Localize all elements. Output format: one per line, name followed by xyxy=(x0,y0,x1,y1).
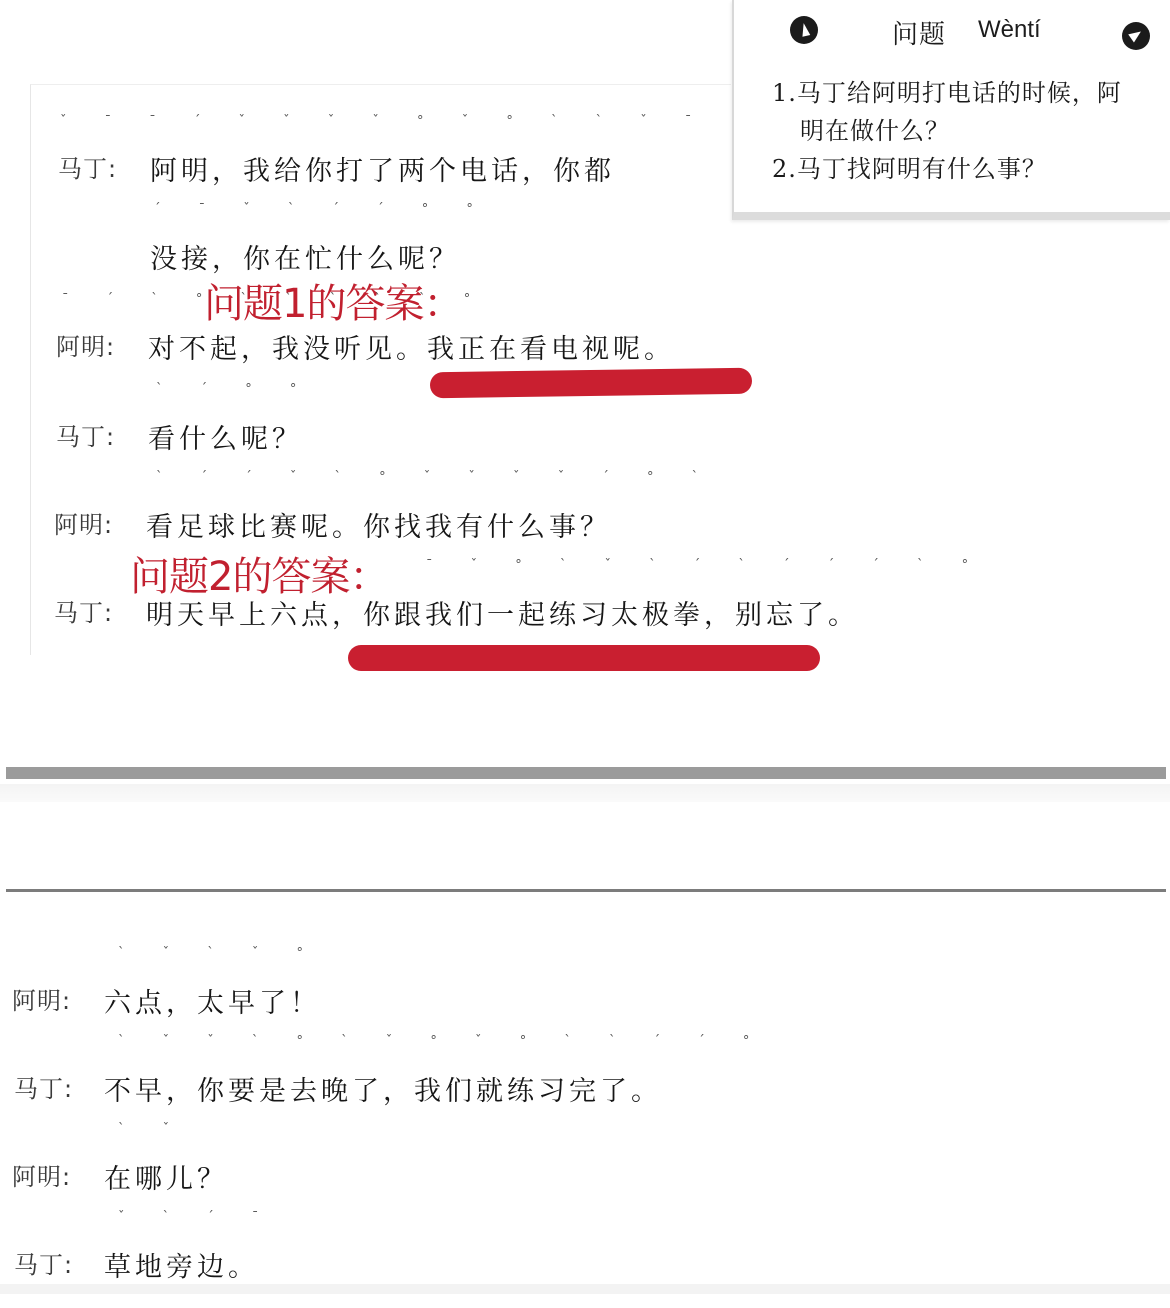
question-number: 1. xyxy=(772,79,797,107)
utterance-text: 看什么呢？ xyxy=(148,417,303,456)
utterance-text: 对不起，我没听见。我正在看电视呢。 xyxy=(148,327,675,366)
page-bleed-through xyxy=(0,784,1170,802)
question-box-title-pinyin: Wèntí xyxy=(978,16,1041,44)
dialogue-line: ˉ ˊ ˋ ° ˋ ˋ ˋ ˋ ˋ ° 阿明: 对不起，我没听见。我正在看电视呢… xyxy=(0,286,1170,376)
answer-2-label: 问题2的答案： xyxy=(130,545,388,602)
utterance-text: 没接，你在忙什么呢？ xyxy=(150,237,460,276)
tone-marks: ˇ ˉ ˉ ˊ ˇ ˇ ˇ ˇ ° ˇ ° ˋ ˋ ˇ ˉ xyxy=(60,114,708,129)
page-separator xyxy=(6,767,1166,779)
speaker-label: 阿明: xyxy=(12,981,71,1016)
speaker-label: 马丁: xyxy=(14,1245,73,1280)
tone-marks: ˋ ˇ ˋ ˇ ° xyxy=(118,946,320,961)
speaker-label: 阿明: xyxy=(56,327,115,362)
page-divider-line xyxy=(6,889,1166,892)
tone-marks: ˋ ˇ ˇ ˋ ° ˋ ˇ ° ˇ ° ˋ ˋ ˊ ˊ ° xyxy=(118,1034,766,1049)
dialogue-line: ˊ ˉ ˇ ˋ ˊ ˊ ° ° 没接，你在忙什么呢？ xyxy=(0,196,1170,286)
tone-marks: ˋ ˊ ° ° xyxy=(156,382,313,397)
answer-2-underline xyxy=(348,645,820,671)
answer-1-label: 问题1的答案： xyxy=(204,272,462,329)
tone-marks: ˇ ˋ ˊ ˉ xyxy=(118,1210,275,1225)
answer-1-underline xyxy=(430,368,752,398)
speaker-label: 马丁: xyxy=(56,417,115,452)
speaker-label: 马丁: xyxy=(14,1069,73,1104)
textbook-page-top: 问题 Wèntí 1.马丁给阿明打电话的时候，阿 明在做什么？ 2.马丁找阿明有… xyxy=(0,0,1170,770)
speaker-label: 阿明: xyxy=(12,1157,71,1192)
utterance-text: 六点，太早了！ xyxy=(104,981,321,1020)
utterance-text: 在哪儿？ xyxy=(104,1157,228,1196)
utterance-text: 阿明，我给你打了两个电话，你都 xyxy=(150,149,615,188)
page-bottom-edge xyxy=(0,1284,1170,1294)
question-text: 马丁给阿明打电话的时候，阿 xyxy=(797,79,1122,107)
question-box-title: 问题 xyxy=(892,14,946,51)
pencil-icon xyxy=(1122,22,1150,50)
dialogue-line: ˋ ˇ ˇ ˋ ° ˋ ˇ ° ˇ ° ˋ ˋ ˊ ˊ ° 马丁: 不早，你要是… xyxy=(0,1028,1170,1118)
dialogue-line: ˇ ˉ ˉ ˊ ˇ ˇ ˇ ˇ ° ˇ ° ˋ ˋ ˇ ˉ 马丁: 阿明，我给你… xyxy=(0,108,1170,198)
tone-marks: ˉ ˇ ° ˋ ˇ ˋ ˊ ˋ ˊ ˊ ˊ ˋ ° xyxy=(426,558,985,573)
utterance-text: 看足球比赛呢。你找我有什么事？ xyxy=(146,505,611,544)
question-box-header: 问题 Wèntí xyxy=(734,14,1170,50)
dialogue-line: ˋ ˇ 阿明: 在哪儿？ xyxy=(0,1116,1170,1206)
tone-marks: ˋ ˊ ˊ ˇ ˋ ° ˇ ˇ ˇ ˇ ˊ ° ˋ xyxy=(156,470,715,485)
clock-icon xyxy=(790,16,818,44)
dialogue-line: ˋ ˊ ˊ ˇ ˋ ° ˇ ˇ ˇ ˇ ˊ ° ˋ 阿明: 看足球比赛呢。你找我… xyxy=(0,464,1170,554)
speaker-label: 马丁: xyxy=(58,149,117,184)
dialogue-line: ˇ ˋ ˊ ˉ 马丁: 草地旁边。 xyxy=(0,1204,1170,1294)
speaker-label: 阿明: xyxy=(54,505,113,540)
tone-marks: ˊ ˉ ˇ ˋ ˊ ˊ ° ° xyxy=(154,202,490,217)
speaker-label: 马丁: xyxy=(54,593,113,628)
dialogue-line: ˋ ˇ ˋ ˇ ° 阿明: 六点，太早了！ xyxy=(0,940,1170,1030)
tone-marks: ˋ ˇ xyxy=(118,1122,186,1137)
utterance-text: 草地旁边。 xyxy=(104,1245,259,1284)
utterance-text: 不早，你要是去晚了，我们就练习完了。 xyxy=(104,1069,662,1108)
